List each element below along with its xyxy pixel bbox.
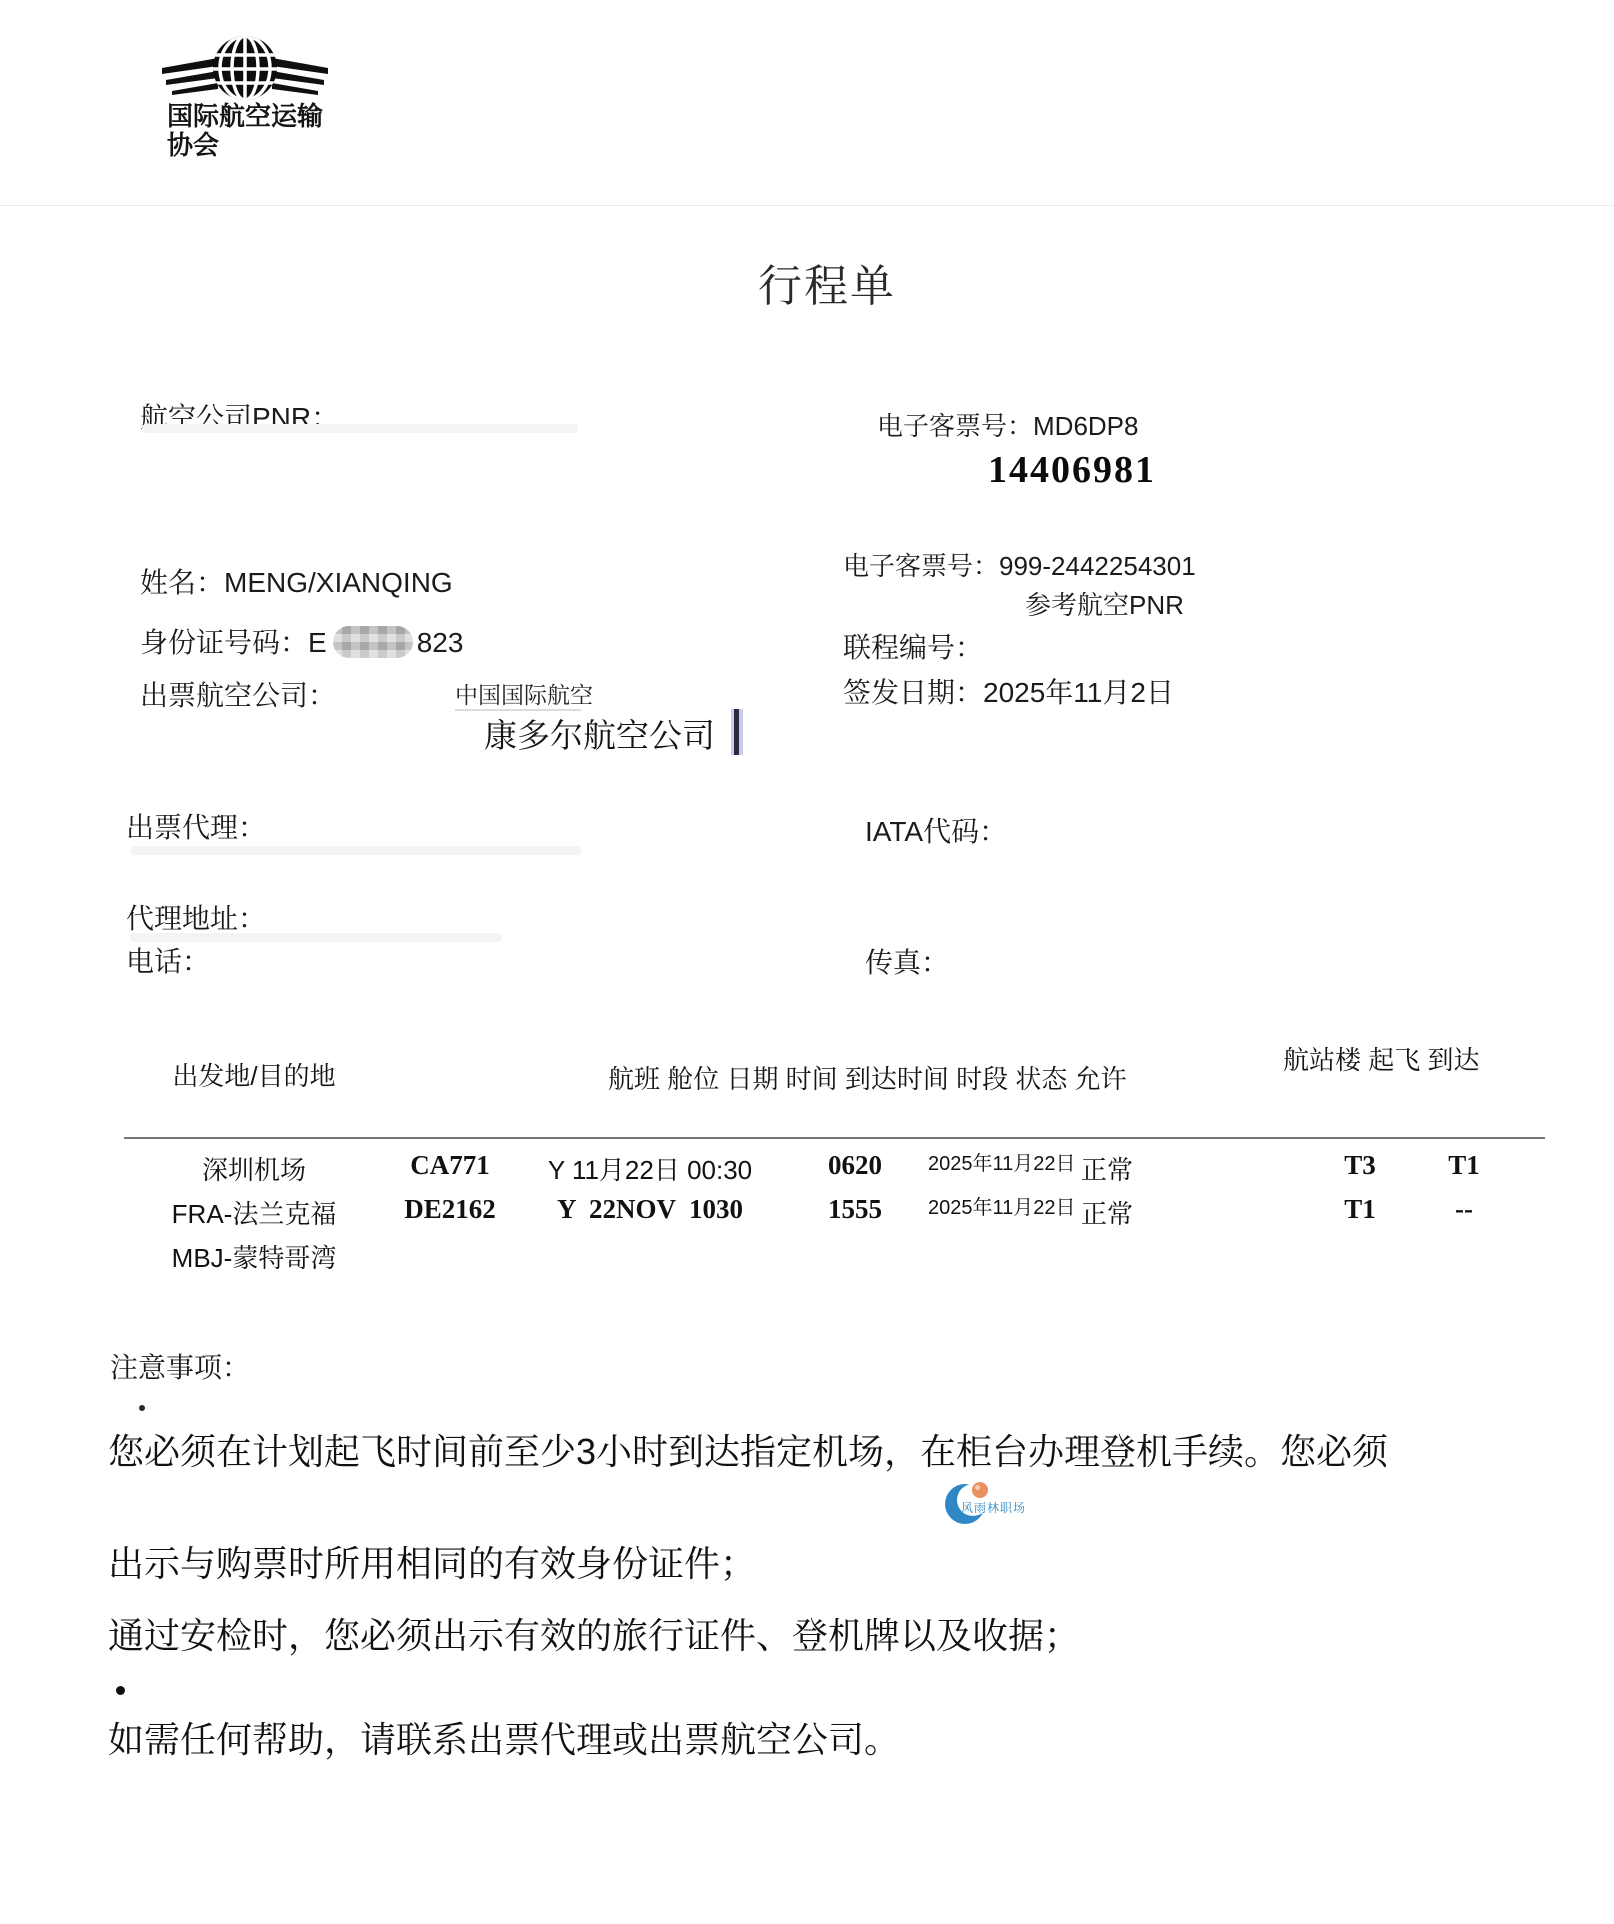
top-divider xyxy=(0,205,1614,206)
flight-cell: DE2162 xyxy=(388,1194,512,1225)
ticket-number: 14406981 xyxy=(988,448,1156,492)
watermark-text: 风雨林职场 xyxy=(961,1499,1026,1516)
table-header-origin: 出发地/目的地 xyxy=(118,1056,390,1093)
issuing-airline-alt: 中国国际航空 xyxy=(455,677,593,710)
note-item: 出示与购票时所用相同的有效身份证件； xyxy=(108,1536,756,1587)
agent-address-label: 代理地址： xyxy=(126,897,266,937)
arrival-time-cell: 1555 xyxy=(803,1194,907,1225)
page-title: 行程单 xyxy=(742,250,912,314)
scan-artifact xyxy=(142,424,578,433)
id-suffix: 823 xyxy=(417,627,464,658)
issuing-airline-name[interactable]: 康多尔航空公司 xyxy=(484,710,715,757)
passenger-name: MENG/XIANQING xyxy=(224,567,453,598)
itinerary-document: 国际航空运输 协会 行程单 航空公司PNR： 电子客票号：MD6DP8 1440… xyxy=(0,0,1614,1924)
conjunction-label: 联程编号： xyxy=(843,626,983,666)
origin-cell: FRA-法兰克福 xyxy=(118,1194,390,1231)
note-item: 如需任何帮助，请联系出票代理或出票航空公司。 xyxy=(108,1712,900,1763)
table-header-terminal-group: 航站楼 起飞 到达 xyxy=(1283,1040,1479,1077)
logo-text-line2: 协会 xyxy=(167,131,219,159)
scan-artifact xyxy=(130,846,582,855)
caret-bar xyxy=(734,709,739,755)
id-label: 身份证号码： xyxy=(140,627,308,658)
issue-date-value: 2025年11月2日 xyxy=(983,677,1174,708)
issue-date-line: 签发日期：2025年11月2日 xyxy=(843,671,1174,711)
arrival-time-cell: 0620 xyxy=(803,1150,907,1181)
note-item: 通过安检时，您必须出示有效的旅行证件、登机牌以及收据； xyxy=(108,1608,1080,1659)
bullet-dot xyxy=(139,1405,145,1411)
eticket-short-value: MD6DP8 xyxy=(1033,411,1138,441)
note-item: 您必须在计划起飞时间前至少3小时到达指定机场，在柜台办理登机手续。您必须 xyxy=(108,1424,1388,1475)
date-cell: 2025年11月22日 xyxy=(928,1147,1076,1176)
iata-code-label: IATA代码： xyxy=(865,810,1007,850)
name-label: 姓名： xyxy=(140,567,224,598)
arr-terminal-cell: T1 xyxy=(1422,1150,1506,1181)
id-prefix: E xyxy=(308,627,327,658)
table-row: 深圳机场 CA771 Y 11月22日 00:30 0620 2025年11月2… xyxy=(0,1150,1614,1188)
iata-logo-icon xyxy=(158,28,332,108)
origin-cell: 深圳机场 xyxy=(118,1150,390,1187)
ref-airline-pnr: 参考航空PNR xyxy=(1025,585,1184,622)
issue-date-label: 签发日期： xyxy=(843,677,983,708)
notes-heading: 注意事项： xyxy=(110,1346,250,1386)
cabin-datetime-cell: Y 22NOV 1030 xyxy=(518,1194,782,1225)
table-header-flight-group: 航班 舱位 日期 时间 到达时间 时段 状态 允许 xyxy=(608,1059,1127,1096)
status-cell: 正常 xyxy=(1081,1150,1133,1187)
bullet-dot xyxy=(116,1686,125,1695)
table-top-rule xyxy=(124,1137,1545,1139)
issuing-airline-label: 出票航空公司： xyxy=(140,674,336,714)
dep-terminal-cell: T1 xyxy=(1318,1194,1402,1225)
eticket-short-line: 电子客票号：MD6DP8 xyxy=(877,406,1139,443)
dep-terminal-cell: T3 xyxy=(1318,1150,1402,1181)
date-cell: 2025年11月22日 xyxy=(928,1191,1076,1220)
id-redaction-blur xyxy=(333,626,413,658)
fax-label: 传真： xyxy=(865,941,949,981)
eticket-long-value: 999-2442254301 xyxy=(999,551,1196,581)
status-cell: 正常 xyxy=(1081,1194,1133,1231)
flight-cell: CA771 xyxy=(388,1150,512,1181)
logo-text-line1: 国际航空运输 xyxy=(167,102,323,130)
table-row: MBJ-蒙特哥湾 xyxy=(0,1238,1614,1276)
eticket-long-line: 电子客票号：999-2442254301 xyxy=(843,546,1196,583)
table-row: FRA-法兰克福 DE2162 Y 22NOV 1030 1555 2025年1… xyxy=(0,1194,1614,1232)
id-line: 身份证号码：E823 xyxy=(140,621,463,661)
phone-label: 电话： xyxy=(126,940,210,980)
eticket-label: 电子客票号： xyxy=(877,411,1033,441)
arr-terminal-cell: -- xyxy=(1422,1194,1506,1225)
text-caret[interactable] xyxy=(731,709,743,755)
eticket-label-2: 电子客票号： xyxy=(843,551,999,581)
name-line: 姓名：MENG/XIANQING xyxy=(140,561,453,601)
agent-label: 出票代理： xyxy=(126,806,266,846)
cabin-datetime-cell: Y 11月22日 00:30 xyxy=(518,1150,782,1187)
origin-cell: MBJ-蒙特哥湾 xyxy=(118,1238,390,1275)
